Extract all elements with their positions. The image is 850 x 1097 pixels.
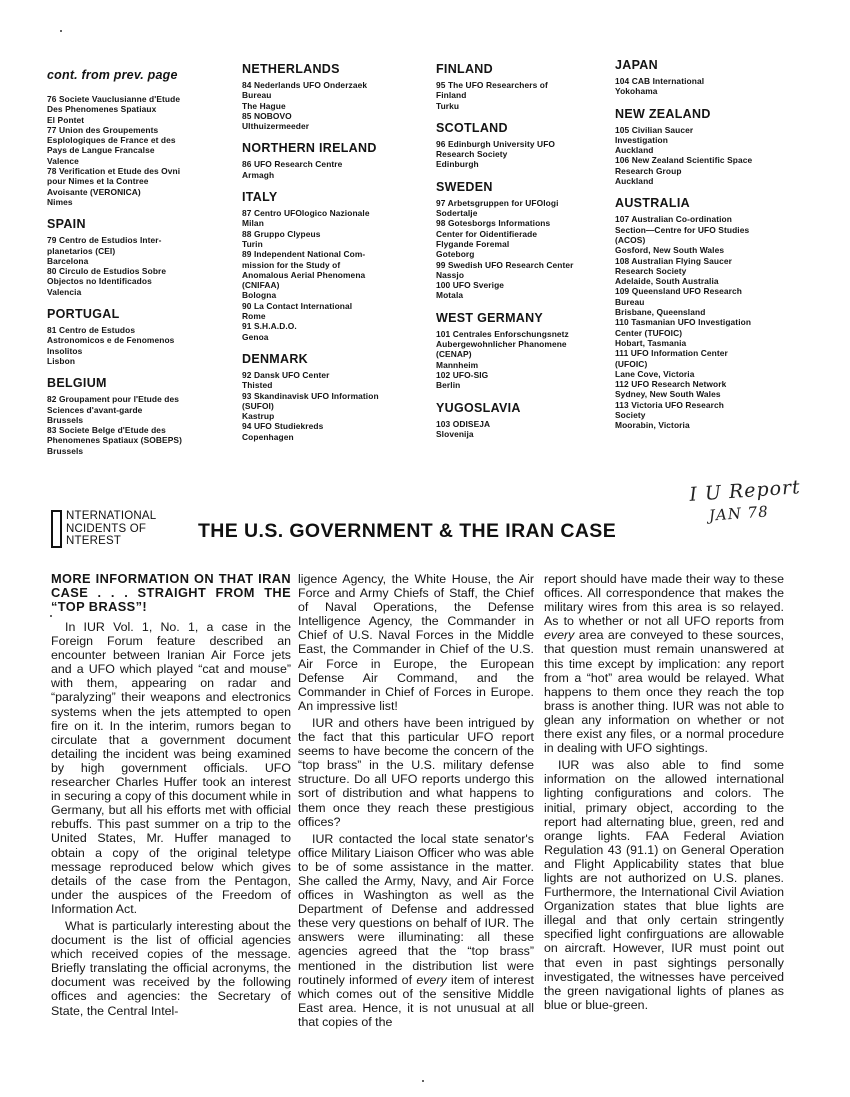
country-heading: FINLAND xyxy=(436,62,616,76)
country-heading: SWEDEN xyxy=(436,180,616,194)
directory-entry-line: 83 Societe Belge d'Etude des xyxy=(47,425,237,435)
directory-entry-line: 106 New Zealand Scientific Space xyxy=(615,155,805,165)
directory-sections: JAPAN104 CAB InternationalYokohamaNEW ZE… xyxy=(615,58,805,431)
directory-entry-line: 81 Centro de Estudos xyxy=(47,325,237,335)
country-heading: YUGOSLAVIA xyxy=(436,401,616,415)
directory-entry-line: 91 S.H.A.D.O. xyxy=(242,321,432,331)
logo-line: NTERNATIONAL xyxy=(66,510,156,523)
country-heading: NORTHERN IRELAND xyxy=(242,141,432,155)
directory-entry-line: 77 Union des Groupements xyxy=(47,125,237,135)
directory-entry-line: Des Phenomenes Spatiaux xyxy=(47,104,237,114)
country-heading: AUSTRALIA xyxy=(615,196,805,210)
directory-entry-line: Hobart, Tasmania xyxy=(615,338,805,348)
directory-entry-line: The Hague xyxy=(242,101,432,111)
directory-entry-line: 101 Centrales Enforschungsnetz xyxy=(436,329,616,339)
print-speck xyxy=(60,30,62,32)
directory-entry-line: Section—Centre for UFO Studies xyxy=(615,225,805,235)
country-heading: SPAIN xyxy=(47,217,237,231)
directory-entry-line: Flygande Foremal xyxy=(436,239,616,249)
directory-column-3: FINLAND95 The UFO Researchers ofFinlandT… xyxy=(436,62,616,439)
directory-entry-line: Valencia xyxy=(47,287,237,297)
directory-entry-line: Objectos no Identificados xyxy=(47,276,237,286)
directory-entry-line: Lane Cove, Victoria xyxy=(615,369,805,379)
directory-entry-line: Turin xyxy=(242,239,432,249)
directory-entry-line: Auckland xyxy=(615,176,805,186)
directory-entry-line: Moorabin, Victoria xyxy=(615,420,805,430)
directory-entry-line: Kastrup xyxy=(242,411,432,421)
directory-entry-line: Sciences d'avant-garde xyxy=(47,405,237,415)
directory-entry-line: Society xyxy=(615,410,805,420)
directory-entry-line: planetarios (CEI) xyxy=(47,246,237,256)
directory-entry-line: 104 CAB International xyxy=(615,76,805,86)
directory-entry-line: Ulthuizermeeder xyxy=(242,121,432,131)
directory-entry-line: Lisbon xyxy=(47,356,237,366)
directory-entry-line: (CNIFAA) xyxy=(242,280,432,290)
directory-entry-line: Sodertalje xyxy=(436,208,616,218)
directory-entry-line: Valence xyxy=(47,156,237,166)
handwritten-annotation: I U Report JAN 78 xyxy=(689,476,803,526)
directory-entry-line: Astronomicos e de Fenomenos xyxy=(47,335,237,345)
handwritten-line: JAN 78 xyxy=(708,500,802,524)
directory-entry-line: Center for Oidentifierade xyxy=(436,229,616,239)
magazine-page: cont. from prev. page 76 Societe Vauclus… xyxy=(0,0,850,1097)
directory-entry-line: 112 UFO Research Network xyxy=(615,379,805,389)
directory-entry-line: 103 ODISEJA xyxy=(436,419,616,429)
directory-entry-line: Auckland xyxy=(615,145,805,155)
directory-entry-line: Armagh xyxy=(242,170,432,180)
country-heading: SCOTLAND xyxy=(436,121,616,135)
article-subheading: MORE INFORMATION ON THAT IRAN CASE . . .… xyxy=(51,572,291,614)
directory-entry-line: Motala xyxy=(436,290,616,300)
directory-entry-line: 105 Civilian Saucer xyxy=(615,125,805,135)
directory-entry-line: Center (TUFOIC) xyxy=(615,328,805,338)
country-heading: DENMARK xyxy=(242,352,432,366)
directory-entry-line: mission for the Study of xyxy=(242,260,432,270)
directory-entry-line: 113 Victoria UFO Research xyxy=(615,400,805,410)
directory-entry-line: 85 NOBOVO xyxy=(242,111,432,121)
directory-entry-line: Research Society xyxy=(615,266,805,276)
print-speck xyxy=(50,615,52,617)
directory-entry-line: Copenhagen xyxy=(242,432,432,442)
article-paragraph: IUR was also able to find some informati… xyxy=(544,758,784,1012)
directory-entry-line: 108 Australian Flying Saucer xyxy=(615,256,805,266)
directory-entry-line: Bureau xyxy=(615,297,805,307)
directory-entry-line: 99 Swedish UFO Research Center xyxy=(436,260,616,270)
directory-entry-line: 102 UFO-SIG xyxy=(436,370,616,380)
directory-entry-line: 98 Gotesborgs Informations xyxy=(436,218,616,228)
directory-entry-line: 80 Circulo de Estudios Sobre xyxy=(47,266,237,276)
directory-entry-line: Investigation xyxy=(615,135,805,145)
directory-entry-line: Turku xyxy=(436,101,616,111)
directory-entry-line: Milan xyxy=(242,218,432,228)
directory-entry-line: 76 Societe Vauclusianne d'Etude xyxy=(47,94,237,104)
directory-entry-line: (UFOIC) xyxy=(615,359,805,369)
directory-entry-line: Brussels xyxy=(47,415,237,425)
directory-entry-line: Sydney, New South Wales xyxy=(615,389,805,399)
directory-entry-line: 94 UFO Studiekreds xyxy=(242,421,432,431)
article-paragraphs: ligence Agency, the White House, the Air… xyxy=(298,572,534,1029)
article-column-2: ligence Agency, the White House, the Air… xyxy=(298,572,534,1029)
directory-entry-line: 79 Centro de Estudios Inter- xyxy=(47,235,237,245)
country-heading: NEW ZEALAND xyxy=(615,107,805,121)
logo-line: NTEREST xyxy=(66,535,156,548)
directory-entry-line: Barcelona xyxy=(47,256,237,266)
directory-entry-line: Brisbane, Queensland xyxy=(615,307,805,317)
directory-entry-line: 84 Nederlands UFO Onderzaek xyxy=(242,80,432,90)
country-heading: ITALY xyxy=(242,190,432,204)
article-paragraph: ligence Agency, the White House, the Air… xyxy=(298,572,534,713)
directory-entry-line: Slovenija xyxy=(436,429,616,439)
directory-entry-line: (CENAP) xyxy=(436,349,616,359)
continued-label: cont. from prev. page xyxy=(47,68,237,82)
logo-i-bar xyxy=(51,510,62,548)
directory-entry-line: Mannheim xyxy=(436,360,616,370)
directory-entry-line: Gosford, New South Wales xyxy=(615,245,805,255)
directory-entry-line: Phenomenes Spatiaux (SOBEPS) xyxy=(47,435,237,445)
directory-entry-line: Esplologiques de France et des xyxy=(47,135,237,145)
article-paragraph: IUR contacted the local state senator's … xyxy=(298,832,534,1029)
directory-entry-line: 86 UFO Research Centre xyxy=(242,159,432,169)
directory-entry-line: 93 Skandinavisk UFO Information xyxy=(242,391,432,401)
directory-entry-line: 78 Verification et Etude des Ovni xyxy=(47,166,237,176)
directory-entry-line: Brussels xyxy=(47,446,237,456)
article-paragraph: report should have made their way to the… xyxy=(544,572,784,755)
directory-entry-line: 92 Dansk UFO Center xyxy=(242,370,432,380)
directory-entry-line: Nassjo xyxy=(436,270,616,280)
directory-entry-line: Yokohama xyxy=(615,86,805,96)
article-paragraph: What is particularly interesting about t… xyxy=(51,919,291,1018)
logo-line: NCIDENTS OF xyxy=(66,523,156,536)
article-headline: THE U.S. GOVERNMENT & THE IRAN CASE xyxy=(198,520,616,543)
directory-entry-line: Aubergewohnlicher Phanomene xyxy=(436,339,616,349)
article-column-3: report should have made their way to the… xyxy=(544,572,784,1012)
directory-entry-line: Finland xyxy=(436,90,616,100)
directory-sections: NETHERLANDS84 Nederlands UFO OnderzaekBu… xyxy=(242,62,432,442)
directory-entry-line: 110 Tasmanian UFO Investigation xyxy=(615,317,805,327)
print-speck xyxy=(422,1080,424,1082)
article-paragraph: In IUR Vol. 1, No. 1, a case in the Fore… xyxy=(51,620,291,916)
directory-entry-line: 90 La Contact International xyxy=(242,301,432,311)
directory-entry-line: 88 Gruppo Clypeus xyxy=(242,229,432,239)
country-heading: JAPAN xyxy=(615,58,805,72)
directory-entry-line: Goteborg xyxy=(436,249,616,259)
directory-entry-line: Avoisante (VERONICA) xyxy=(47,187,237,197)
directory-entry-line: 96 Edinburgh University UFO xyxy=(436,139,616,149)
directory-entry-line: 97 Arbetsgruppen for UFOlogi xyxy=(436,198,616,208)
directory-entry-line: (ACOS) xyxy=(615,235,805,245)
directory-entry-line: Rome xyxy=(242,311,432,321)
directory-entry-line: (SUFOI) xyxy=(242,401,432,411)
directory-sections: SPAIN79 Centro de Estudios Inter-planeta… xyxy=(47,217,237,456)
article-column-1: MORE INFORMATION ON THAT IRAN CASE . . .… xyxy=(51,572,291,1018)
logo-words: NTERNATIONAL NCIDENTS OF NTEREST xyxy=(66,510,156,548)
directory-column-4: JAPAN104 CAB InternationalYokohamaNEW ZE… xyxy=(615,58,805,431)
directory-sections: FINLAND95 The UFO Researchers ofFinlandT… xyxy=(436,62,616,439)
directory-entry-line: Research Society xyxy=(436,149,616,159)
directory-entry-line: Adelaide, South Australia xyxy=(615,276,805,286)
directory-entry-line: 82 Groupament pour l'Etude des xyxy=(47,394,237,404)
directory-entry-line: Bologna xyxy=(242,290,432,300)
directory-entry-line: 107 Australian Co-ordination xyxy=(615,214,805,224)
directory-entry-line: Nimes xyxy=(47,197,237,207)
article-paragraphs: In IUR Vol. 1, No. 1, a case in the Fore… xyxy=(51,620,291,1018)
directory-entry-line: 87 Centro UFOlogico Nazionale xyxy=(242,208,432,218)
directory-entry-line: Berlin xyxy=(436,380,616,390)
directory-entry-line: 109 Queensland UFO Research xyxy=(615,286,805,296)
directory-entry-line: Insolitos xyxy=(47,346,237,356)
directory-entry-line: Genoa xyxy=(242,332,432,342)
article-paragraph: IUR and others have been intrigued by th… xyxy=(298,716,534,829)
country-heading: BELGIUM xyxy=(47,376,237,390)
country-heading: NETHERLANDS xyxy=(242,62,432,76)
directory-column-2: NETHERLANDS84 Nederlands UFO OnderzaekBu… xyxy=(242,62,432,442)
directory-entry-line: Thisted xyxy=(242,380,432,390)
directory-entry-line: 89 Independent National Com- xyxy=(242,249,432,259)
directory-entry-line: 111 UFO Information Center xyxy=(615,348,805,358)
directory-entry-line: 95 The UFO Researchers of xyxy=(436,80,616,90)
iur-section-logo: NTERNATIONAL NCIDENTS OF NTEREST xyxy=(51,510,156,548)
country-heading: PORTUGAL xyxy=(47,307,237,321)
directory-column-1: cont. from prev. page 76 Societe Vauclus… xyxy=(47,62,237,456)
directory-entry-line: Pays de Langue Francalse xyxy=(47,145,237,155)
country-heading: WEST GERMANY xyxy=(436,311,616,325)
directory-entry-line: 100 UFO Sverige xyxy=(436,280,616,290)
article-paragraphs: report should have made their way to the… xyxy=(544,572,784,1012)
directory-entry-line: El Pontet xyxy=(47,115,237,125)
directory-entry-line: Research Group xyxy=(615,166,805,176)
directory-entry-line: Bureau xyxy=(242,90,432,100)
directory-entry-line: Anomalous Aerial Phenomena xyxy=(242,270,432,280)
directory-intro-entries: 76 Societe Vauclusianne d'EtudeDes Pheno… xyxy=(47,94,237,207)
directory-entry-line: Edinburgh xyxy=(436,159,616,169)
directory-entry-line: pour Nimes et la Contree xyxy=(47,176,237,186)
